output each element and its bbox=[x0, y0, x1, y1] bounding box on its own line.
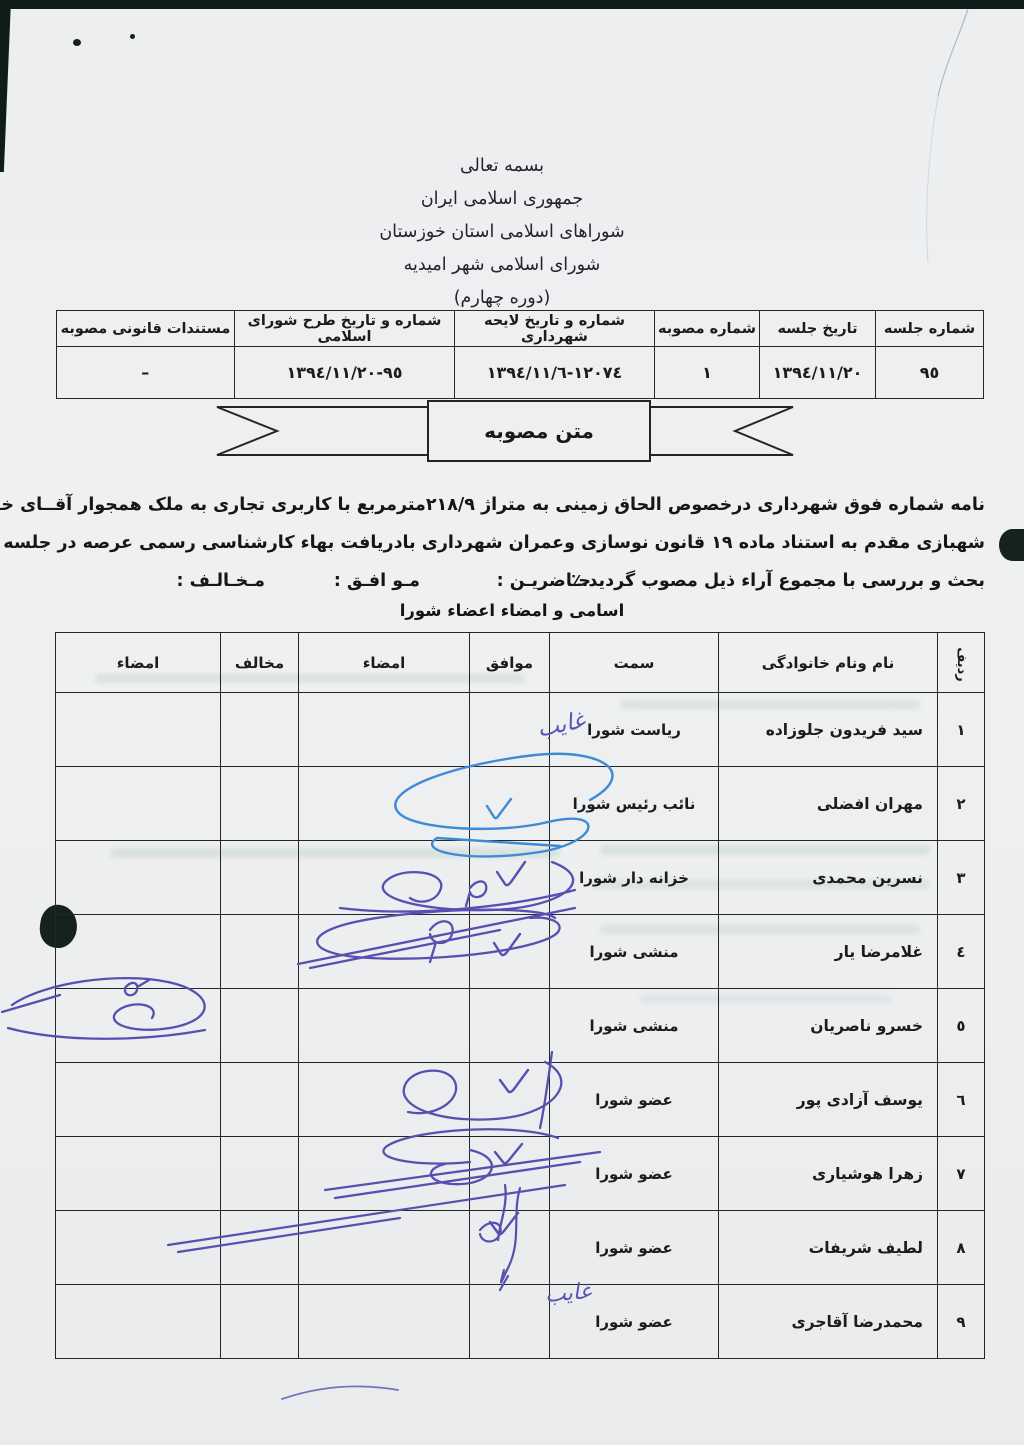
resolution-line-2: شهبازی مقدم به استناد ماده ١٩ قانون نوسا… bbox=[50, 524, 985, 562]
meta-table: شماره جلسه تاریخ جلسه شماره مصوبه شماره … bbox=[56, 310, 984, 399]
agree-cell bbox=[470, 1285, 550, 1359]
agree-label: مـو افـق : bbox=[334, 562, 420, 600]
member-name: لطیف شریفات bbox=[719, 1211, 938, 1285]
signature-cell bbox=[299, 1137, 470, 1211]
member-position: عضو شورا bbox=[550, 1137, 719, 1211]
member-name: نسرین محمدی bbox=[719, 841, 938, 915]
member-row-1: ١سید فریدون جلوزادهریاست شورا bbox=[56, 693, 985, 767]
col-row-no: ردیف bbox=[938, 633, 985, 693]
signature-cell bbox=[299, 1063, 470, 1137]
member-name: غلامرضا یار bbox=[719, 915, 938, 989]
col-agree: موافق bbox=[470, 633, 550, 693]
member-name: مهران افضلی bbox=[719, 767, 938, 841]
letterhead-line: بسمه تعالی bbox=[0, 150, 1014, 183]
member-name: یوسف آزادی پور bbox=[719, 1063, 938, 1137]
member-row-number: ١ bbox=[938, 693, 985, 767]
oppose-label: مـخـالـف : bbox=[177, 562, 265, 600]
members-section-title: اسامی و امضاء اعضاء شورا bbox=[0, 601, 1024, 620]
agree-cell bbox=[470, 767, 550, 841]
member-position: عضو شورا bbox=[550, 1285, 719, 1359]
members-header-row: ردیف نام ونام خانوادگی سمت موافق امضاء م… bbox=[56, 633, 985, 693]
col-position: سمت bbox=[550, 633, 719, 693]
oppose-cell bbox=[221, 1285, 299, 1359]
member-position: عضو شورا bbox=[550, 1211, 719, 1285]
oppose-cell bbox=[221, 767, 299, 841]
member-position: خزانه دار شورا bbox=[550, 841, 719, 915]
resolution-line-3-sentence: بحث و بررسی با مجموع آراء ذیل مصوب گردید… bbox=[571, 562, 985, 600]
col-signature: امضاء bbox=[299, 633, 470, 693]
signature-cell-2 bbox=[56, 989, 221, 1063]
signature-cell-2 bbox=[56, 693, 221, 767]
member-name: محمدرضا آقاجری bbox=[719, 1285, 938, 1359]
member-row-6: ٦یوسف آزادی پورعضو شورا bbox=[56, 1063, 985, 1137]
member-row-5: ٥خسرو ناصریانمنشی شورا bbox=[56, 989, 985, 1063]
agree-cell bbox=[470, 1211, 550, 1285]
ink-speck bbox=[73, 39, 81, 46]
member-row-number: ٥ bbox=[938, 989, 985, 1063]
meta-col-label: شماره جلسه bbox=[876, 311, 984, 347]
resolution-text: نامه شماره فوق شهرداری درخصوص الحاق زمین… bbox=[50, 486, 985, 600]
member-position: عضو شورا bbox=[550, 1063, 719, 1137]
meta-col-label: شماره و تاریخ طرح شورای اسلامی bbox=[235, 311, 455, 347]
meta-col-label: شماره و تاریخ لایحه شهرداری bbox=[455, 311, 655, 347]
meta-col-label: شماره مصوبه bbox=[655, 311, 760, 347]
member-row-2: ٢مهران افضلینائب رئیس شورا bbox=[56, 767, 985, 841]
letterhead: بسمه تعالی جمهوری اسلامی ایران شوراهای ا… bbox=[0, 150, 1014, 315]
signature-cell bbox=[299, 1285, 470, 1359]
scanned-document-page: بسمه تعالی جمهوری اسلامی ایران شوراهای ا… bbox=[0, 0, 1024, 1445]
plan-number-date: ٩٥-١٣٩٤/١١/٢٠ bbox=[235, 347, 455, 399]
signature-cell-2 bbox=[56, 767, 221, 841]
signature-cell bbox=[299, 693, 470, 767]
letterhead-line: جمهوری اسلامی ایران bbox=[0, 183, 1014, 216]
signature-cell-2 bbox=[56, 1137, 221, 1211]
session-number: ٩٥ bbox=[876, 347, 984, 399]
col-signature-2: امضاء bbox=[56, 633, 221, 693]
member-row-4: ٤غلامرضا یارمنشی شورا bbox=[56, 915, 985, 989]
member-name: زهرا هوشیاری bbox=[719, 1137, 938, 1211]
member-position: منشی شورا bbox=[550, 915, 719, 989]
signature-cell-2 bbox=[56, 841, 221, 915]
member-row-number: ٣ bbox=[938, 841, 985, 915]
signature-cell-2 bbox=[56, 1211, 221, 1285]
signature-cell bbox=[299, 915, 470, 989]
members-table: ردیف نام ونام خانوادگی سمت موافق امضاء م… bbox=[55, 632, 985, 1359]
resolution-line-1: نامه شماره فوق شهرداری درخصوص الحاق زمین… bbox=[50, 486, 985, 524]
resolution-number: ١ bbox=[655, 347, 760, 399]
oppose-cell bbox=[221, 989, 299, 1063]
member-row-number: ٤ bbox=[938, 915, 985, 989]
member-position: منشی شورا bbox=[550, 989, 719, 1063]
member-name: سید فریدون جلوزاده bbox=[719, 693, 938, 767]
oppose-cell bbox=[221, 841, 299, 915]
resolution-line-3: بحث و بررسی با مجموع آراء ذیل مصوب گردید… bbox=[50, 562, 985, 600]
member-position: نائب رئیس شورا bbox=[550, 767, 719, 841]
present-label: حـاضریـن : bbox=[497, 562, 591, 600]
member-row-7: ٧زهرا هوشیاریعضو شورا bbox=[56, 1137, 985, 1211]
agree-cell bbox=[470, 693, 550, 767]
agree-cell bbox=[470, 915, 550, 989]
scanner-edge-top bbox=[0, 0, 1024, 9]
member-position: ریاست شورا bbox=[550, 693, 719, 767]
member-row-number: ٨ bbox=[938, 1211, 985, 1285]
member-row-number: ٧ bbox=[938, 1137, 985, 1211]
agree-cell bbox=[470, 989, 550, 1063]
ink-speck bbox=[130, 34, 135, 39]
member-row-number: ٩ bbox=[938, 1285, 985, 1359]
oppose-cell bbox=[221, 1211, 299, 1285]
signature-cell-2 bbox=[56, 1063, 221, 1137]
signature-cell-2 bbox=[56, 1285, 221, 1359]
oppose-cell bbox=[221, 1137, 299, 1211]
signature-cell bbox=[299, 989, 470, 1063]
letterhead-line: شورای اسلامی شهر امیدیه bbox=[0, 249, 1014, 282]
member-row-number: ٢ bbox=[938, 767, 985, 841]
banner-title: متن مصوبه bbox=[428, 404, 650, 458]
stray-pen-stroke bbox=[282, 1386, 398, 1399]
ink-blob-right bbox=[999, 529, 1024, 561]
signature-cell bbox=[299, 841, 470, 915]
session-date: ١٣٩٤/١١/٢٠ bbox=[760, 347, 876, 399]
letterhead-line: شوراهای اسلامی استان خوزستان bbox=[0, 216, 1014, 249]
col-name: نام ونام خانوادگی bbox=[719, 633, 938, 693]
meta-col-label: مستندات قانونی مصوبه bbox=[57, 311, 235, 347]
oppose-cell bbox=[221, 1063, 299, 1137]
signature-cell bbox=[299, 1211, 470, 1285]
oppose-cell bbox=[221, 915, 299, 989]
meta-header-row: شماره جلسه تاریخ جلسه شماره مصوبه شماره … bbox=[57, 311, 984, 347]
member-row-3: ٣نسرین محمدیخزانه دار شورا bbox=[56, 841, 985, 915]
member-row-9: ٩محمدرضا آقاجریعضو شورا bbox=[56, 1285, 985, 1359]
member-name: خسرو ناصریان bbox=[719, 989, 938, 1063]
signature-cell-2 bbox=[56, 915, 221, 989]
legal-docs: – bbox=[57, 347, 235, 399]
member-row-8: ٨لطیف شریفاتعضو شورا bbox=[56, 1211, 985, 1285]
col-oppose: مخالف bbox=[221, 633, 299, 693]
signature-cell bbox=[299, 767, 470, 841]
meta-value-row: ٩٥ ١٣٩٤/١١/٢٠ ١ ١٢٠٧٤-١٣٩٤/١١/٦ ٩٥-١٣٩٤/… bbox=[57, 347, 984, 399]
agree-cell bbox=[470, 1137, 550, 1211]
meta-col-label: تاریخ جلسه bbox=[760, 311, 876, 347]
scanner-edge-left bbox=[0, 0, 11, 172]
bill-number-date: ١٢٠٧٤-١٣٩٤/١١/٦ bbox=[455, 347, 655, 399]
agree-cell bbox=[470, 841, 550, 915]
agree-cell bbox=[470, 1063, 550, 1137]
oppose-cell bbox=[221, 693, 299, 767]
member-row-number: ٦ bbox=[938, 1063, 985, 1137]
